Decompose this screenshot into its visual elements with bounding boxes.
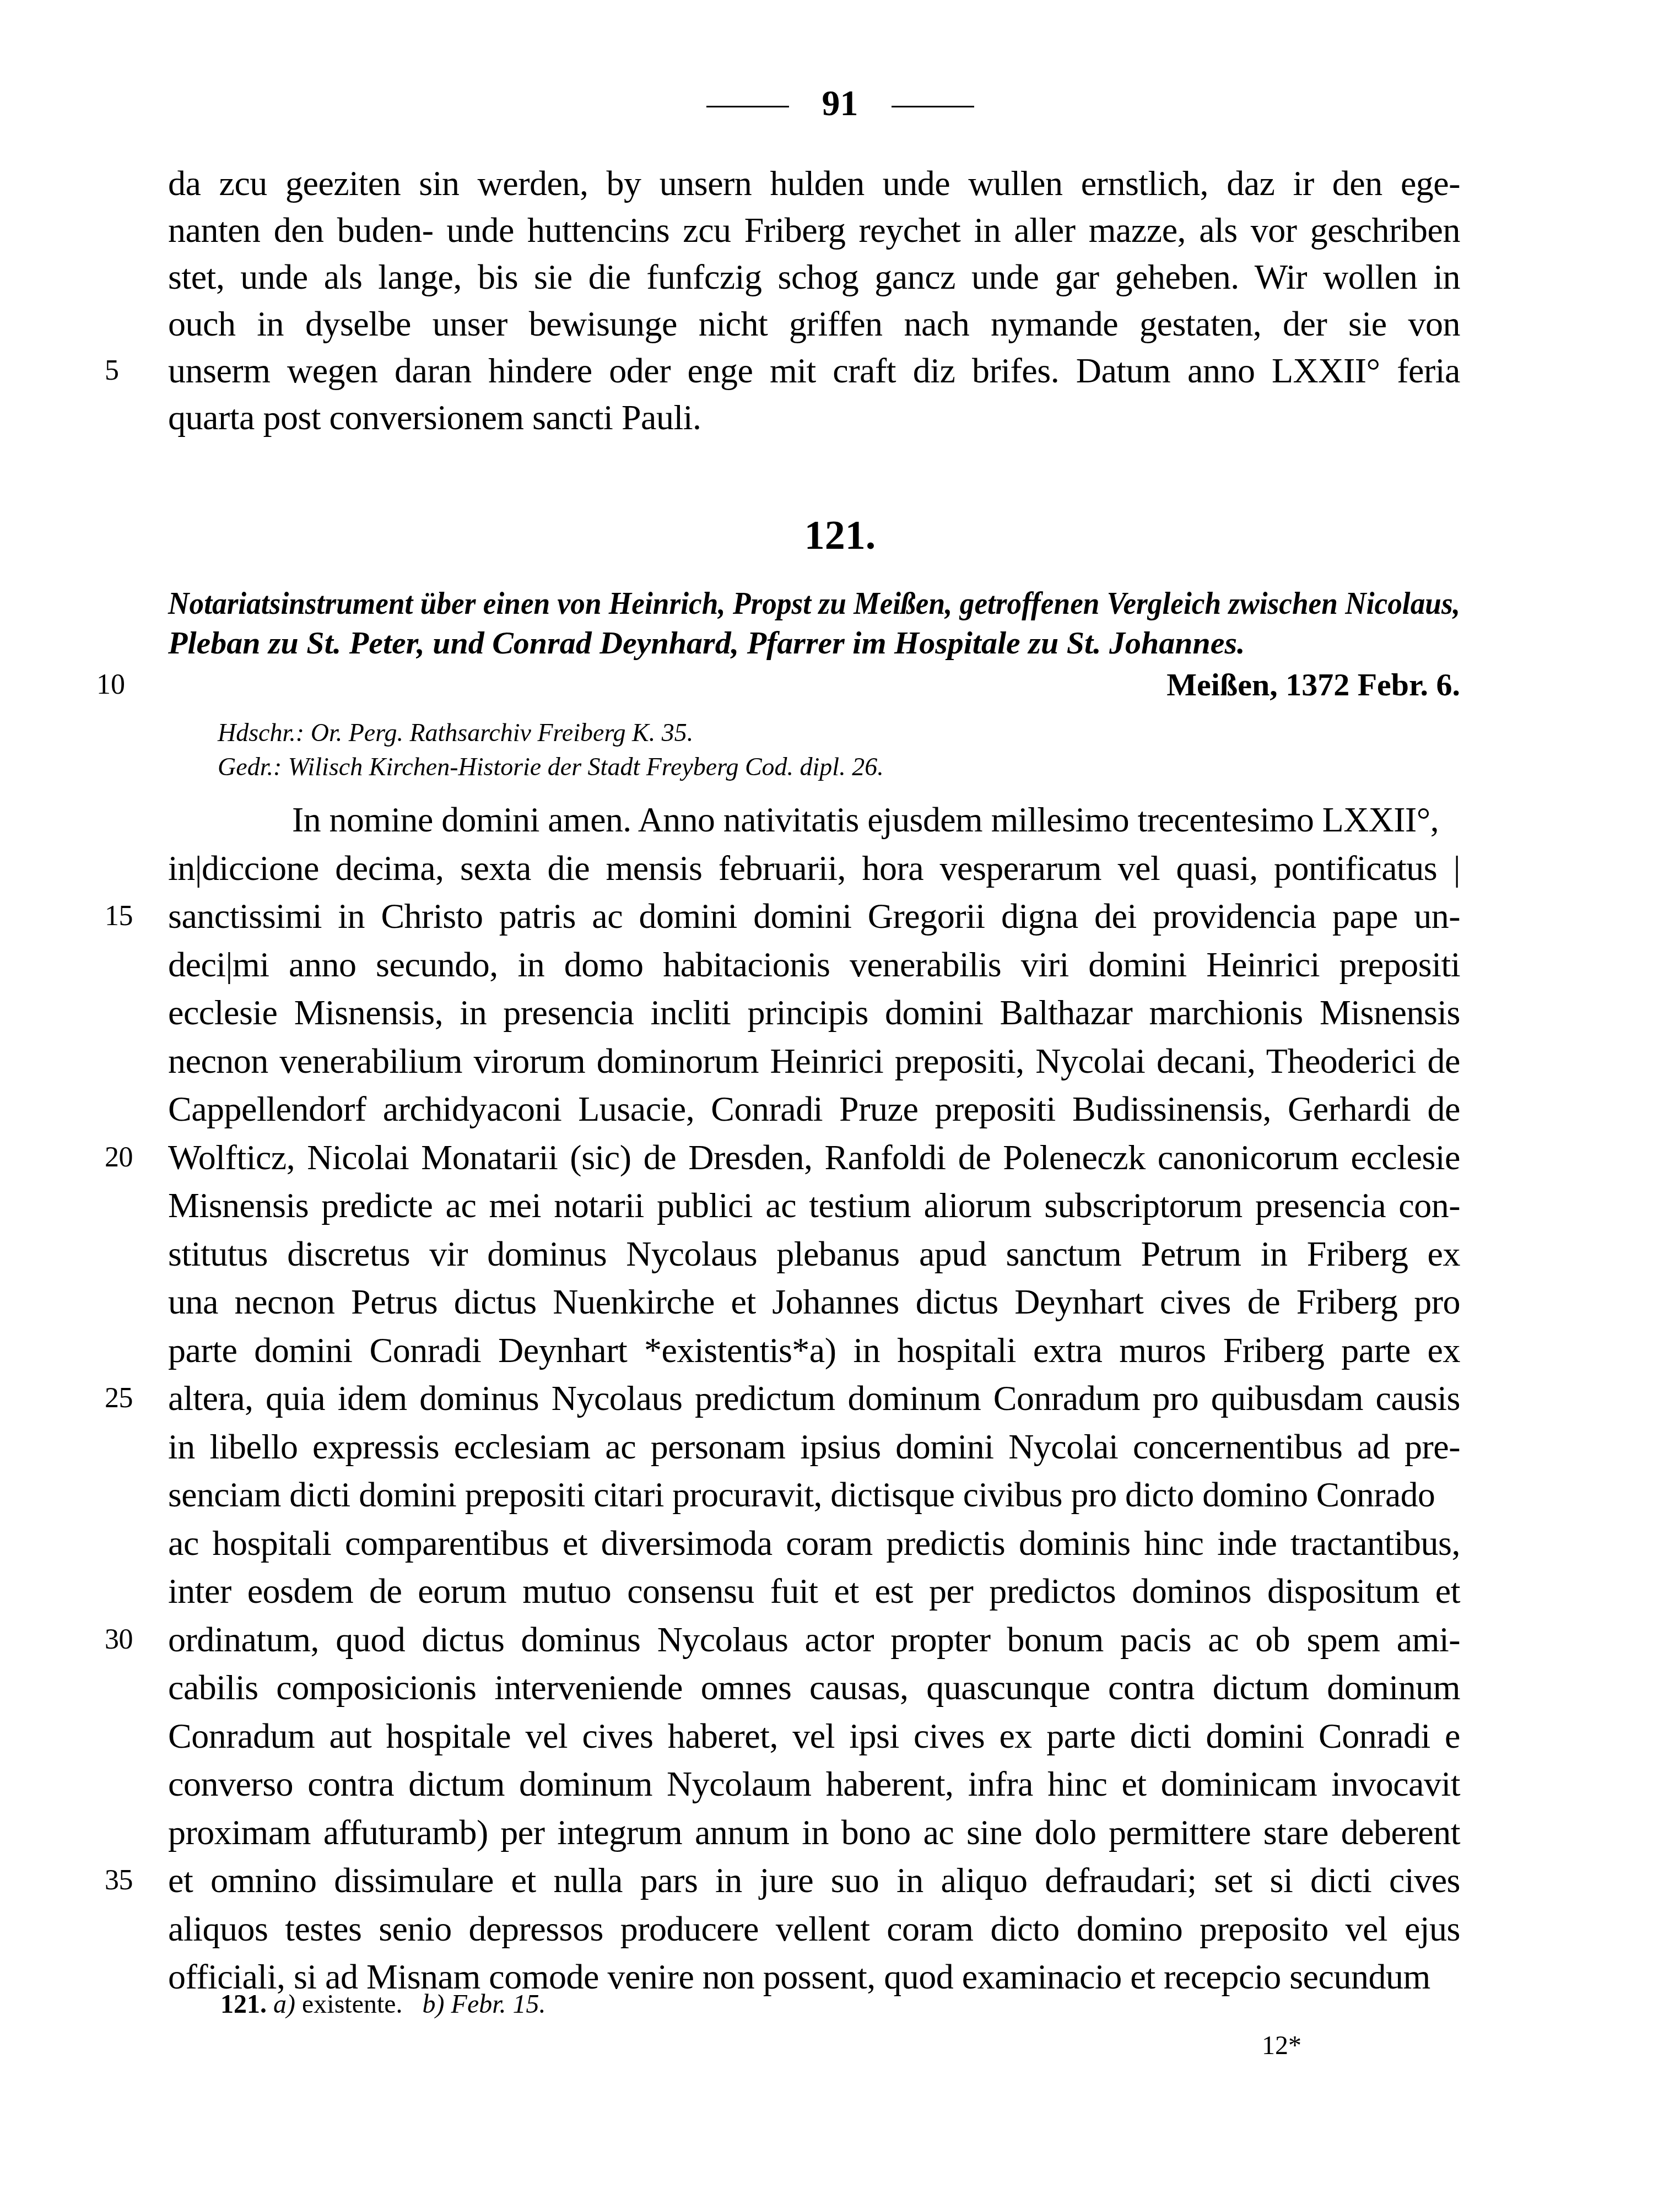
text-line: Cappellendorf archidyaconi Lusacie, Conr…: [168, 1085, 1460, 1133]
line-text: inter eosdem de eorum mutuo consensu fui…: [168, 1571, 1460, 1611]
text-line: in libello expressis ecclesiam ac person…: [168, 1423, 1460, 1471]
text-line: stet, unde als lange, bis sie die funfcz…: [168, 253, 1460, 301]
line-text: proximam affuturamb) per integrum annum …: [168, 1813, 1460, 1852]
text-line: stitutus discretus vir dominus Nycolaus …: [168, 1230, 1460, 1278]
footnote-a-label: a): [273, 1990, 295, 2019]
source-printed: Gedr.: Wilisch Kirchen-Historie der Stad…: [218, 750, 884, 784]
line-number: 25: [105, 1375, 154, 1422]
page-number: 91: [822, 83, 858, 123]
text-line: converso contra dictum dominum Nycolaum …: [168, 1760, 1460, 1808]
line-number: 20: [105, 1134, 154, 1181]
line-text: senciam dicti domini prepositi citari pr…: [168, 1471, 1435, 1519]
line-text: in libello expressis ecclesiam ac person…: [168, 1427, 1460, 1466]
footnote-a-text: existente.: [302, 1990, 403, 2019]
text-line: deci|mi anno secundo, in domo habitacion…: [168, 941, 1460, 988]
header-rule-right: [892, 106, 974, 107]
page-header: 91: [0, 83, 1680, 125]
line-number: 30: [105, 1616, 154, 1663]
text-line: 30ordinatum, quod dictus dominus Nycolau…: [168, 1616, 1460, 1663]
line-text: stet, unde als lange, bis sie die funfcz…: [168, 257, 1460, 296]
text-line: 5unserm wegen daran hindere oder enge mi…: [168, 347, 1460, 395]
text-line: ecclesie Misnensis, in presencia incliti…: [168, 989, 1460, 1036]
place-date: Meißen, 1372 Febr. 6.: [1166, 666, 1460, 704]
line-text: In nomine domini amen. Anno nativitatis …: [292, 796, 1439, 844]
text-line: inter eosdem de eorum mutuo consensu fui…: [168, 1568, 1460, 1615]
text-line: aliquos testes senio depressos producere…: [168, 1905, 1460, 1953]
line-text: cabilis composicionis interveniende omne…: [168, 1668, 1460, 1707]
footnotes: 121. a) existente. b) Febr. 15.: [220, 1989, 546, 2019]
footnote-b-label: b): [423, 1990, 445, 2019]
header-rule-left: [706, 106, 789, 107]
footnote-b-text: Febr. 15.: [451, 1990, 546, 2019]
line-text: in|diccione decima, sexta die mensis feb…: [168, 849, 1460, 888]
line-text: nanten den buden- unde huttencins zcu Fr…: [168, 210, 1460, 250]
line-text: sanctissimi in Christo patris ac domini …: [168, 896, 1460, 936]
text-line: Misnensis predicte ac mei notarii public…: [168, 1182, 1460, 1229]
line-text: da zcu geeziten sin werden, by unsern hu…: [168, 164, 1460, 203]
line-text: altera, quia idem dominus Nycolaus predi…: [168, 1379, 1460, 1418]
text-line: 20Wolfticz, Nicolai Monatarii (sic) de D…: [168, 1134, 1460, 1181]
line-text: ac hospitali comparentibus et diversimod…: [168, 1523, 1460, 1563]
line-text: ecclesie Misnensis, in presencia incliti…: [168, 993, 1460, 1032]
regest-line: Notariatsinstrument über einen von Heinr…: [168, 584, 1460, 623]
text-line: Conradum aut hospitale vel cives haberet…: [168, 1712, 1460, 1760]
text-line: parte domini Conradi Deynhart *existenti…: [168, 1327, 1460, 1374]
line-text: Conradum aut hospitale vel cives haberet…: [168, 1716, 1460, 1755]
line-text: Wolfticz, Nicolai Monatarii (sic) de Dre…: [168, 1138, 1460, 1177]
line-text: ordinatum, quod dictus dominus Nycolaus …: [168, 1620, 1460, 1659]
text-line: 15sanctissimi in Christo patris ac domin…: [168, 893, 1460, 940]
line-number: 35: [105, 1857, 154, 1904]
regest-dateline-row: 10 Meißen, 1372 Febr. 6.: [168, 666, 1460, 704]
line-text: una necnon Petrus dictus Nuenkirche et J…: [168, 1282, 1460, 1321]
text-line: quarta post conversionem sancti Pauli.: [168, 394, 1460, 441]
text-line: senciam dicti domini prepositi citari pr…: [168, 1471, 1460, 1519]
line-text: Cappellendorf archidyaconi Lusacie, Conr…: [168, 1089, 1460, 1128]
text-line: 35et omnino dissimulare et nulla pars in…: [168, 1857, 1460, 1904]
line-text: deci|mi anno secundo, in domo habitacion…: [168, 945, 1460, 984]
line-text: et omnino dissimulare et nulla pars in j…: [168, 1861, 1460, 1900]
text-line: nanten den buden- unde huttencins zcu Fr…: [168, 207, 1460, 254]
text-line: in|diccione decima, sexta die mensis feb…: [168, 845, 1460, 892]
entry-number: 121.: [0, 512, 1680, 559]
line-text: necnon venerabilium virorum dominorum He…: [168, 1041, 1460, 1080]
line-number: 10: [96, 666, 125, 704]
regest-line: Pleban zu St. Peter, und Conrad Deynhard…: [168, 624, 1460, 662]
text-line: necnon venerabilium virorum dominorum He…: [168, 1038, 1460, 1085]
text-line: ac hospitali comparentibus et diversimod…: [168, 1520, 1460, 1567]
line-text: converso contra dictum dominum Nycolaum …: [168, 1764, 1460, 1803]
line-number: 15: [105, 893, 154, 940]
text-line: In nomine domini amen. Anno nativitatis …: [168, 796, 1460, 844]
text-line: da zcu geeziten sin werden, by unsern hu…: [168, 160, 1460, 207]
line-number: 5: [105, 347, 154, 395]
signature-mark: 12*: [1262, 2030, 1301, 2061]
line-text: stitutus discretus vir dominus Nycolaus …: [168, 1234, 1460, 1273]
text-line: proximam affuturamb) per integrum annum …: [168, 1809, 1460, 1856]
text-line: 25altera, quia idem dominus Nycolaus pre…: [168, 1375, 1460, 1422]
text-line: una necnon Petrus dictus Nuenkirche et J…: [168, 1278, 1460, 1326]
text-line: cabilis composicionis interveniende omne…: [168, 1664, 1460, 1711]
source-manuscript: Hdschr.: Or. Perg. Rathsarchiv Freiberg …: [218, 716, 693, 749]
line-text: aliquos testes senio depressos producere…: [168, 1909, 1460, 1948]
text-line: ouch in dyselbe unser bewisunge nicht gr…: [168, 300, 1460, 348]
line-text: quarta post conversionem sancti Pauli.: [168, 398, 701, 437]
footnote-ref: 121.: [220, 1990, 267, 2019]
line-text: unserm wegen daran hindere oder enge mit…: [168, 351, 1460, 390]
line-text: ouch in dyselbe unser bewisunge nicht gr…: [168, 304, 1460, 343]
line-text: parte domini Conradi Deynhart *existenti…: [168, 1331, 1460, 1370]
document-page: 91 da zcu geeziten sin werden, by unsern…: [0, 0, 1680, 2210]
line-text: Misnensis predicte ac mei notarii public…: [168, 1186, 1460, 1225]
